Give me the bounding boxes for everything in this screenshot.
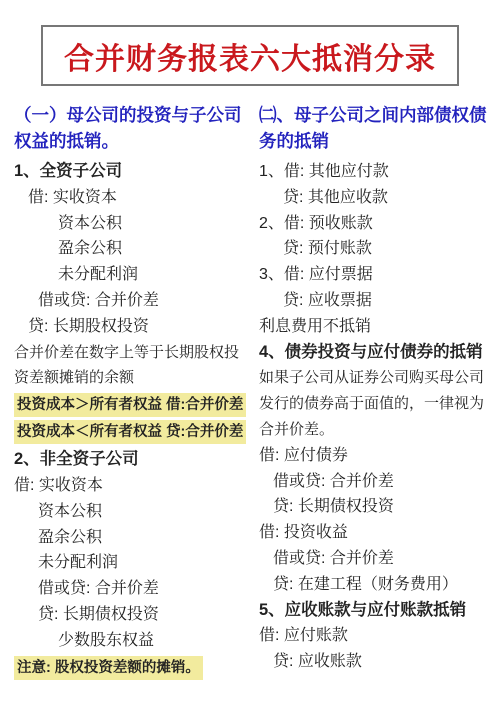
- entry-line: 贷: 在建工程（财务费用）: [273, 572, 494, 598]
- entry-line: 少数股东权益: [58, 628, 249, 654]
- entry-line: 贷: 长期债权投资: [38, 602, 249, 628]
- entry-line: 贷: 长期股权投资: [28, 314, 249, 340]
- left-section-heading: （一）母公司的投资与子公司权益的抵销。: [14, 102, 249, 154]
- right-column: ㈡、母子公司之间内部债权债务的抵销 1、借: 其他应付款贷: 其他应收款2、借:…: [259, 102, 494, 683]
- entry-line: 盈余公积: [58, 236, 249, 262]
- entry-line: 未分配利润: [38, 550, 249, 576]
- left-column-lines: 1、全资子公司借: 实收资本资本公积盈余公积未分配利润借或贷: 合并价差贷: 长…: [14, 159, 249, 680]
- entry-line: 3、借: 应付票据: [259, 262, 494, 288]
- entry-line: 借: 应付账款: [259, 623, 494, 649]
- entry-line: 借或贷: 合并价差: [273, 546, 494, 572]
- explanation-paragraph: 合并价差在数字上等于长期股权投资差额摊销的余额: [14, 340, 249, 392]
- section-subheading: 4、债券投资与应付债券的抵销: [259, 340, 494, 366]
- entry-line: 借: 投资收益: [259, 520, 494, 546]
- entry-line: 借或贷: 合并价差: [38, 576, 249, 602]
- entry-line: 贷: 应收票据: [283, 288, 494, 314]
- entry-line: 借: 实收资本: [28, 185, 249, 211]
- entry-line: 2、借: 预收账款: [259, 211, 494, 237]
- entry-line: 借或贷: 合并价差: [273, 469, 494, 495]
- explanation-paragraph: 如果子公司从证券公司购买母公司发行的债券高于面值的，一律视为合并价差。: [259, 365, 494, 442]
- section-subheading: 5、应收账款与应付账款抵销: [259, 598, 494, 624]
- section-subheading: 2、非全资子公司: [14, 447, 249, 473]
- entry-line: 贷: 预付账款: [283, 236, 494, 262]
- section-subheading: 1、全资子公司: [14, 159, 249, 185]
- entry-line: 资本公积: [38, 499, 249, 525]
- entry-line: 资本公积: [58, 211, 249, 237]
- entry-line: 借: 应付债券: [259, 443, 494, 469]
- highlighted-note: 投资成本＞所有者权益 借:合并价差: [14, 393, 246, 417]
- entry-line: 借或贷: 合并价差: [38, 288, 249, 314]
- highlighted-note: 注意: 股权投资差额的摊销。: [14, 656, 203, 680]
- right-column-lines: 1、借: 其他应付款贷: 其他应收款2、借: 预收账款贷: 预付账款3、借: 应…: [259, 159, 494, 675]
- title-box: 合并财务报表六大抵消分录: [41, 25, 459, 86]
- entry-line: 贷: 长期债权投资: [273, 494, 494, 520]
- entry-line: 借: 实收资本: [14, 473, 249, 499]
- entry-line: 利息费用不抵销: [259, 314, 494, 340]
- entry-line: 贷: 其他应收款: [283, 185, 494, 211]
- entry-line: 盈余公积: [38, 525, 249, 551]
- document-page: 合并财务报表六大抵消分录 （一）母公司的投资与子公司权益的抵销。 1、全资子公司…: [0, 25, 500, 683]
- left-column: （一）母公司的投资与子公司权益的抵销。 1、全资子公司借: 实收资本资本公积盈余…: [14, 102, 249, 683]
- document-title: 合并财务报表六大抵消分录: [64, 34, 436, 78]
- entry-line: 贷: 应收账款: [273, 649, 494, 675]
- entry-line: 1、借: 其他应付款: [259, 159, 494, 185]
- highlighted-note: 投资成本＜所有者权益 贷:合并价差: [14, 420, 246, 444]
- entry-line: 未分配利润: [58, 262, 249, 288]
- right-section-heading: ㈡、母子公司之间内部债权债务的抵销: [259, 102, 494, 154]
- content-columns: （一）母公司的投资与子公司权益的抵销。 1、全资子公司借: 实收资本资本公积盈余…: [0, 86, 500, 683]
